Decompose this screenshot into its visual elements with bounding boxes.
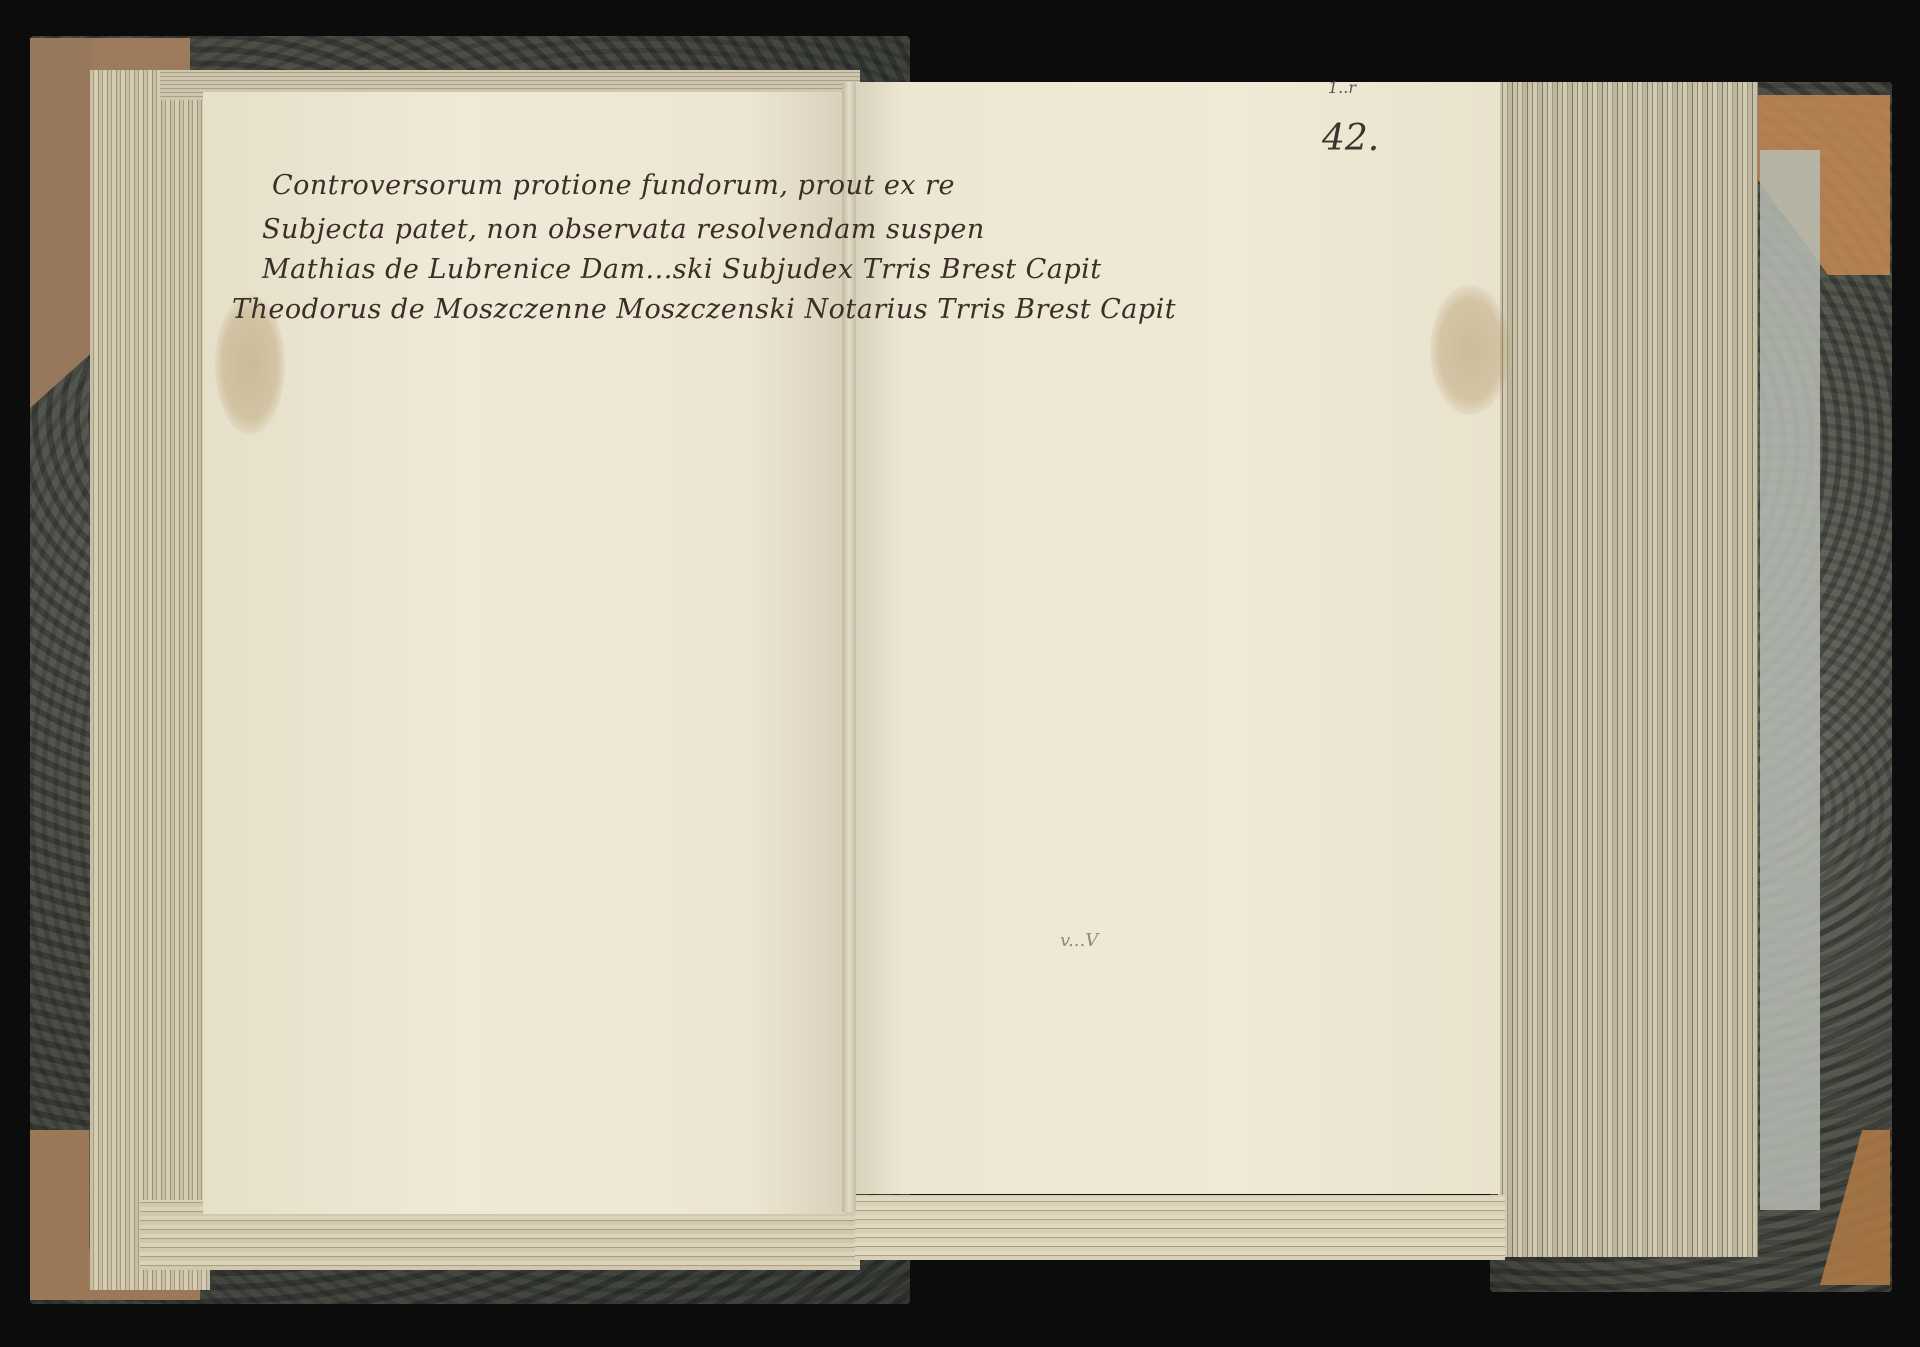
leather-spine-edge-left xyxy=(30,38,92,408)
book-gutter xyxy=(842,82,856,1212)
water-stain-right xyxy=(1430,285,1510,415)
folio-number: 42. xyxy=(1322,118,1379,159)
manuscript-line-1: Controversorum protione fundorum, prout … xyxy=(272,170,955,201)
manuscript-line-4: Theodorus de Moszczenne Moszczenski Nota… xyxy=(232,294,1176,325)
inserted-blue-leaf xyxy=(1760,150,1820,1210)
right-page-stack-edge xyxy=(1498,82,1758,1257)
left-page-stack-edge xyxy=(90,70,210,1290)
top-margin-mark: 1..r xyxy=(1328,78,1356,97)
manuscript-line-3: Mathias de Lubrenice Dam...ski Subjudex … xyxy=(262,254,1102,285)
manuscript-line-2: Subjecta patet, non observata resolvenda… xyxy=(262,214,985,245)
right-bottom-page-stack xyxy=(855,1195,1505,1260)
pencil-mark: v...V xyxy=(1060,930,1098,951)
right-page xyxy=(850,82,1500,1194)
